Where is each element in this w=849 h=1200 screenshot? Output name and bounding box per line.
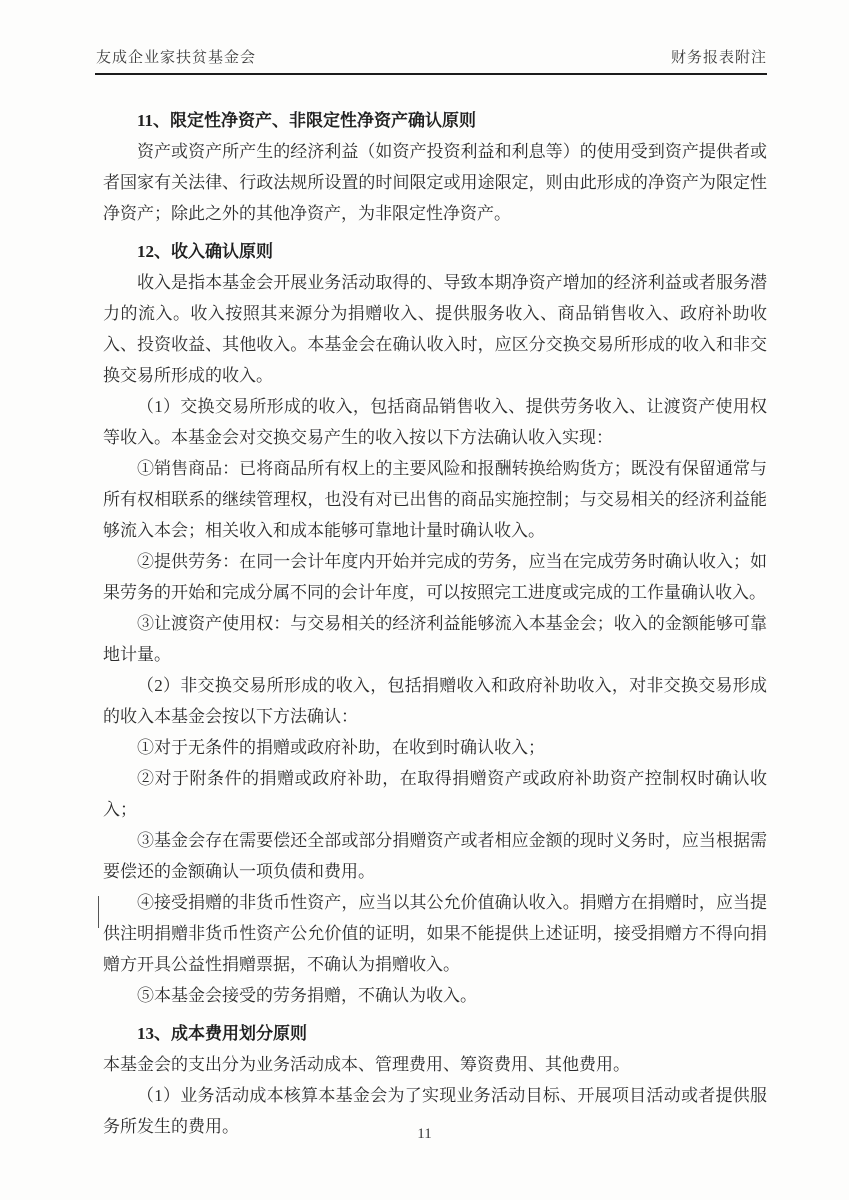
paragraph-conditional-donation: ②对于附条件的捐赠或政府补助，在取得捐赠资产或政府补助资产控制权时确认收入； xyxy=(103,763,767,825)
paragraph-goods-sale: ①销售商品：已将商品所有权上的主要风险和报酬转换给购货方；既没有保留通常与所有权… xyxy=(103,453,767,546)
page-header: 友成企业家扶贫基金会 财务报表附注 xyxy=(96,46,767,67)
paragraph-income-definition: 收入是指本基金会开展业务活动取得的、导致本期净资产增加的经济利益或者服务潜力的流… xyxy=(103,267,767,391)
document-page: 友成企业家扶贫基金会 财务报表附注 11、限定性净资产、非限定性净资产确认原则 … xyxy=(0,0,849,1200)
section-heading-12: 12、收入确认原则 xyxy=(103,236,767,267)
paragraph-non-exchange-income: （2）非交换交易所形成的收入，包括捐赠收入和政府补助收入，对非交换交易形成的收入… xyxy=(103,670,767,732)
paragraph-exchange-income: （1）交换交易所形成的收入，包括商品销售收入、提供劳务收入、让渡资产使用权等收入… xyxy=(103,391,767,453)
header-org-name: 友成企业家扶贫基金会 xyxy=(96,46,256,67)
paragraph-services: ②提供劳务：在同一会计年度内开始并完成的劳务，应当在完成劳务时确认收入；如果劳务… xyxy=(103,546,767,608)
paragraph-service-donation: ⑤本基金会接受的劳务捐赠，不确认为收入。 xyxy=(103,980,767,1011)
paragraph-restricted-assets: 资产或资产所产生的经济利益（如资产投资利益和利息等）的使用受到资产提供者或者国家… xyxy=(103,136,767,229)
margin-mark xyxy=(98,896,99,928)
paragraph-repayment-obligation: ③基金会存在需要偿还全部或部分捐赠资产或者相应金额的现时义务时，应当根据需要偿还… xyxy=(103,825,767,887)
page-footer: 11 xyxy=(0,1126,849,1143)
section-heading-11: 11、限定性净资产、非限定性净资产确认原则 xyxy=(103,105,767,136)
paragraph-asset-use-rights: ③让渡资产使用权：与交易相关的经济利益能够流入本基金会；收入的金额能够可靠地计量… xyxy=(103,608,767,670)
paragraph-non-monetary-donation: ④接受捐赠的非货币性资产，应当以其公允价值确认收入。捐赠方在捐赠时，应当提供注明… xyxy=(103,887,767,980)
paragraph-expense-categories: 本基金会的支出分为业务活动成本、管理费用、筹资费用、其他费用。 xyxy=(103,1049,767,1080)
page-number: 11 xyxy=(417,1126,431,1142)
section-heading-13: 13、成本费用划分原则 xyxy=(103,1018,767,1049)
paragraph-unconditional-donation: ①对于无条件的捐赠或政府补助，在收到时确认收入； xyxy=(103,732,767,763)
header-rule xyxy=(95,73,767,75)
header-doc-title: 财务报表附注 xyxy=(671,46,767,67)
document-body: 11、限定性净资产、非限定性净资产确认原则 资产或资产所产生的经济利益（如资产投… xyxy=(103,98,767,1142)
